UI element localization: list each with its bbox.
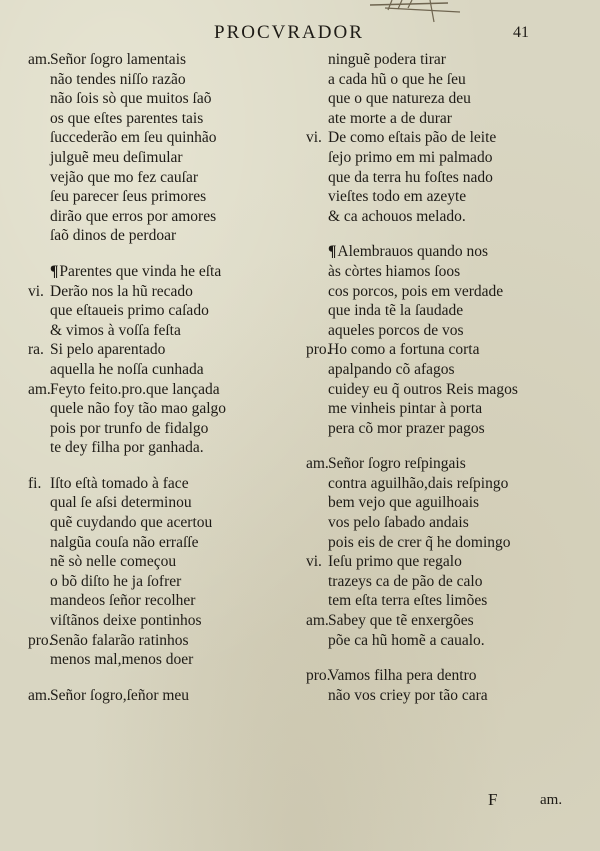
verse-text: que o que natureza deu [328, 89, 471, 109]
verse-text: a cada hũ o que he ſeu [328, 70, 466, 90]
verse-line: me vinheis pintar à porta [306, 399, 596, 419]
verse-line-text: te dey filha por ganhada. [50, 439, 204, 456]
verse-text: qual ſe aſsi determinou [50, 493, 192, 513]
verse-text: trazeys ca de pão de calo [328, 572, 482, 592]
verse-line-text: Vamos filha pera dentro [328, 667, 477, 684]
verse-line: viſtãnos deixe pontinhos [28, 611, 298, 631]
book-page: PROCVRADOR 41 am.Señor ſogro lamentaisnã… [0, 0, 600, 851]
verse-line-text: não ſois sò que muitos ſaõ [50, 90, 211, 107]
verse-line: ra.Si pelo aparentado [28, 340, 298, 360]
verse-line-text: pera cõ mor prazer pagos [328, 420, 485, 437]
verse-line: nalgũa couſa não erraſſe [28, 533, 298, 553]
verse-line-text: quẽ cuydando que acertou [50, 514, 212, 531]
verse-line: não tendes niſſo razão [28, 70, 298, 90]
verse-line: põe ca hũ homẽ a caualo. [306, 631, 596, 651]
verse-line-text: trazeys ca de pão de calo [328, 573, 482, 590]
page-header: PROCVRADOR 41 [0, 22, 600, 46]
speaker-label: pro. [28, 631, 53, 651]
verse-line-text: vos pelo ſabado andais [328, 514, 469, 531]
speaker-label: vi. [28, 282, 44, 302]
verse-line: am.Feyto feito.pro.que lançada [28, 380, 298, 400]
verse-line: bem vejo que aguilhoais [306, 493, 596, 513]
verse-line-text: não vos criey por tão cara [328, 687, 488, 704]
verse-line: vos pelo ſabado andais [306, 513, 596, 533]
verse-line-text: que da terra hu foſtes nado [328, 169, 493, 186]
verse-text: Derão nos la hũ recado [50, 282, 193, 302]
verse-line: dirão que erros por amores [28, 207, 298, 227]
speaker-label: pro. [306, 340, 331, 360]
right-text-column: ninguẽ podera tirara cada hũ o que he ſe… [306, 50, 596, 721]
verse-line: que eſtaueis primo caſado [28, 301, 298, 321]
verse-line: julguẽ meu deſimular [28, 148, 298, 168]
verse-line-text: contra aguilhão,dais reſpingo [328, 475, 508, 492]
verse-line: ninguẽ podera tirar [306, 50, 596, 70]
verse-line-text: me vinheis pintar à porta [328, 400, 482, 417]
verse-line: am.Señor ſogro,ſeñor meu [28, 686, 298, 706]
verse-text: aquella he noſſa cunhada [50, 360, 204, 380]
verse-line: vi.Derão nos la hũ recado [28, 282, 298, 302]
verse-text: o bõ diſto he ja ſofrer [50, 572, 181, 592]
verse-line-text: cuidey eu q̃ outros Reis magos [328, 381, 518, 398]
verse-text: cuidey eu q̃ outros Reis magos [328, 380, 518, 400]
verse-line-text: mandeos ſeñor recolher [50, 592, 195, 609]
verse-line-text: Si pelo aparentado [50, 341, 165, 358]
verse-line-text: Señor ſogro lamentais [50, 51, 186, 68]
verse-stanza: ¶Parentes que vinda he eſtavi.Derão nos … [28, 262, 298, 458]
verse-stanza: ¶Alembrauos quando nosàs còrtes hiamos ſ… [306, 242, 596, 438]
verse-text: cos porcos, pois em verdade [328, 282, 503, 302]
verse-line-text: apalpando cõ afagos [328, 361, 455, 378]
verse-line: vi.De como eſtais pão de leite [306, 128, 596, 148]
verse-line-text: pois eis de crer q̃ he domingo [328, 534, 511, 551]
verse-line: os que eſtes parentes tais [28, 109, 298, 129]
verse-line-text: viſtãnos deixe pontinhos [50, 612, 202, 629]
verse-line: pro.Senão falarão ratinhos [28, 631, 298, 651]
verse-line-text: Alembrauos quando nos [337, 243, 488, 260]
verse-text: dirão que erros por amores [50, 207, 216, 227]
verse-text: que eſtaueis primo caſado [50, 301, 209, 321]
verse-stanza: fi.Iſto eſtà tomado à facequal ſe aſsi d… [28, 474, 298, 670]
verse-line: ſejo primo em mi palmado [306, 148, 596, 168]
speaker-label: ra. [28, 340, 44, 360]
verse-text: Iſto eſtà tomado à face [50, 474, 189, 494]
verse-line-text: & ca achouos melado. [328, 208, 466, 225]
verse-text: ſaõ dinos de perdoar [50, 226, 176, 246]
verse-line: menos mal,menos doer [28, 650, 298, 670]
verse-text: nalgũa couſa não erraſſe [50, 533, 198, 553]
catchword: am. [540, 792, 562, 809]
verse-line: cos porcos, pois em verdade [306, 282, 596, 302]
verse-text: pera cõ mor prazer pagos [328, 419, 485, 439]
verse-line: ¶Parentes que vinda he eſta [28, 262, 298, 282]
verse-text: ſuccederão em ſeu quinhão [50, 128, 217, 148]
verse-stanza: pro.Vamos filha pera dentronão vos criey… [306, 666, 596, 705]
verse-line-text: os que eſtes parentes tais [50, 110, 203, 127]
verse-line-text: põe ca hũ homẽ a caualo. [328, 632, 485, 649]
verse-text: quele não foy tão mao galgo [50, 399, 226, 419]
verse-text: Señor ſogro lamentais [50, 50, 186, 70]
verse-line: vieſtes todo em azeyte [306, 187, 596, 207]
verse-line: pois eis de crer q̃ he domingo [306, 533, 596, 553]
speaker-label: fi. [28, 474, 41, 494]
verse-text: nẽ sò nelle começou [50, 552, 176, 572]
verse-line: ſaõ dinos de perdoar [28, 226, 298, 246]
verse-text: não ſois sò que muitos ſaõ [50, 89, 211, 109]
verse-line-text: cos porcos, pois em verdade [328, 283, 503, 300]
verse-text: vieſtes todo em azeyte [328, 187, 466, 207]
verse-stanza: am.Señor ſogro,ſeñor meu [28, 686, 298, 706]
speaker-label: am. [28, 686, 51, 706]
left-text-column: am.Señor ſogro lamentaisnão tendes niſſo… [28, 50, 298, 721]
verse-line: às còrtes hiamos ſoos [306, 262, 596, 282]
verse-line-text: Parentes que vinda he eſta [59, 263, 221, 280]
verse-text: julguẽ meu deſimular [50, 148, 183, 168]
verse-line: & vimos à voſſa feſta [28, 321, 298, 341]
verse-text: ate morte a de durar [328, 109, 452, 129]
verse-text: Feyto feito.pro.que lançada [50, 380, 220, 400]
speaker-label: vi. [306, 128, 322, 148]
verse-line-text: julguẽ meu deſimular [50, 149, 183, 166]
verse-line: tem eſta terra eſtes limões [306, 591, 596, 611]
verse-text: Ieſu primo que regalo [328, 552, 462, 572]
verse-line-text: ſaõ dinos de perdoar [50, 227, 176, 244]
verse-text: menos mal,menos doer [50, 650, 193, 670]
verse-line: pro.Ho como a fortuna corta [306, 340, 596, 360]
verse-line-text: Feyto feito.pro.que lançada [50, 381, 220, 398]
verse-text: Si pelo aparentado [50, 340, 165, 360]
verse-line: trazeys ca de pão de calo [306, 572, 596, 592]
verse-line: am.Señor ſogro lamentais [28, 50, 298, 70]
verse-line-text: qual ſe aſsi determinou [50, 494, 192, 511]
verse-text: põe ca hũ homẽ a caualo. [328, 631, 485, 651]
verse-line: ate morte a de durar [306, 109, 596, 129]
verse-line-text: Iſto eſtà tomado à face [50, 475, 189, 492]
verse-line-text: que inda tẽ la ſaudade [328, 302, 463, 319]
verse-line: mandeos ſeñor recolher [28, 591, 298, 611]
verse-stanza: am.Señor ſogro reſpingaiscontra aguilhão… [306, 454, 596, 650]
verse-line: fi.Iſto eſtà tomado à face [28, 474, 298, 494]
verse-text: ſeu parecer ſeus primores [50, 187, 206, 207]
verse-line: apalpando cõ afagos [306, 360, 596, 380]
verse-line: quẽ cuydando que acertou [28, 513, 298, 533]
verse-text: ninguẽ podera tirar [328, 50, 446, 70]
verse-text: não vos criey por tão cara [328, 686, 488, 706]
verse-line-text: ate morte a de durar [328, 110, 452, 127]
verse-line: ¶Alembrauos quando nos [306, 242, 596, 262]
verse-text: Vamos filha pera dentro [328, 666, 477, 686]
verse-line-text: De como eſtais pão de leite [328, 129, 496, 146]
verse-text: vos pelo ſabado andais [328, 513, 469, 533]
running-title: PROCVRADOR [214, 22, 364, 44]
verse-line: contra aguilhão,dais reſpingo [306, 474, 596, 494]
verse-line-text: ſuccederão em ſeu quinhão [50, 129, 217, 146]
verse-line-text: ninguẽ podera tirar [328, 51, 446, 68]
speaker-label: pro. [306, 666, 331, 686]
verse-line-text: Señor ſogro reſpingais [328, 455, 466, 472]
verse-text: tem eſta terra eſtes limões [328, 591, 487, 611]
verse-line: pera cõ mor prazer pagos [306, 419, 596, 439]
verse-line-text: Sabey que tẽ enxergões [328, 612, 474, 629]
verse-line: am.Señor ſogro reſpingais [306, 454, 596, 474]
verse-text: bem vejo que aguilhoais [328, 493, 479, 513]
verse-text: Señor ſogro reſpingais [328, 454, 466, 474]
verse-text: De como eſtais pão de leite [328, 128, 496, 148]
verse-line-text: aqueles porcos de vos [328, 322, 464, 339]
verse-line-text: que eſtaueis primo caſado [50, 302, 209, 319]
verse-text: Ho como a fortuna corta [328, 340, 480, 360]
verse-text: & ca achouos melado. [328, 207, 466, 227]
verse-text: Señor ſogro,ſeñor meu [50, 686, 189, 706]
verse-text: mandeos ſeñor recolher [50, 591, 195, 611]
verse-line-text: nalgũa couſa não erraſſe [50, 534, 198, 551]
verse-text: contra aguilhão,dais reſpingo [328, 474, 508, 494]
verse-line: am.Sabey que tẽ enxergões [306, 611, 596, 631]
verse-line: aqueles porcos de vos [306, 321, 596, 341]
verse-line: o bõ diſto he ja ſofrer [28, 572, 298, 592]
verse-line-text: aquella he noſſa cunhada [50, 361, 204, 378]
verse-line: que inda tẽ la ſaudade [306, 301, 596, 321]
verse-line-text: nẽ sò nelle começou [50, 553, 176, 570]
verse-line-text: Ho como a fortuna corta [328, 341, 480, 358]
verse-line: cuidey eu q̃ outros Reis magos [306, 380, 596, 400]
verse-text: vejão que mo fez cauſar [50, 168, 198, 188]
verse-text: pois eis de crer q̃ he domingo [328, 533, 511, 553]
verse-line-text: pois por trunfo de fidalgo [50, 420, 208, 437]
verse-line: vi.Ieſu primo que regalo [306, 552, 596, 572]
pilcrow-icon: ¶ [328, 243, 336, 260]
verse-line-text: não tendes niſſo razão [50, 71, 186, 88]
verse-line-text: Derão nos la hũ recado [50, 283, 193, 300]
verse-line: ſeu parecer ſeus primores [28, 187, 298, 207]
verse-text: Sabey que tẽ enxergões [328, 611, 474, 631]
verse-text: apalpando cõ afagos [328, 360, 455, 380]
verse-line-text: ſeu parecer ſeus primores [50, 188, 206, 205]
verse-text: ¶Parentes que vinda he eſta [50, 262, 221, 282]
verse-line: pois por trunfo de fidalgo [28, 419, 298, 439]
verse-line-text: bem vejo que aguilhoais [328, 494, 479, 511]
verse-text: os que eſtes parentes tais [50, 109, 203, 129]
verse-line-text: menos mal,menos doer [50, 651, 193, 668]
verse-line: te dey filha por ganhada. [28, 438, 298, 458]
speaker-label: am. [28, 50, 51, 70]
verse-text: me vinheis pintar à porta [328, 399, 482, 419]
signature-mark: F [488, 790, 497, 810]
verse-line: que da terra hu foſtes nado [306, 168, 596, 188]
verse-line-text: o bõ diſto he ja ſofrer [50, 573, 181, 590]
verse-text: não tendes niſſo razão [50, 70, 186, 90]
verse-text: que da terra hu foſtes nado [328, 168, 493, 188]
verse-text: pois por trunfo de fidalgo [50, 419, 208, 439]
verse-line-text: vejão que mo fez cauſar [50, 169, 198, 186]
verse-text: & vimos à voſſa feſta [50, 321, 181, 341]
speaker-label: am. [306, 454, 329, 474]
verse-text: ¶Alembrauos quando nos [328, 242, 488, 262]
verse-text: que inda tẽ la ſaudade [328, 301, 463, 321]
verse-text: Senão falarão ratinhos [50, 631, 189, 651]
verse-line-text: tem eſta terra eſtes limões [328, 592, 487, 609]
speaker-label: am. [28, 380, 51, 400]
verse-line: pro.Vamos filha pera dentro [306, 666, 596, 686]
verse-line: qual ſe aſsi determinou [28, 493, 298, 513]
verse-line: não vos criey por tão cara [306, 686, 596, 706]
verse-line: vejão que mo fez cauſar [28, 168, 298, 188]
pilcrow-icon: ¶ [50, 263, 58, 280]
speaker-label: am. [306, 611, 329, 631]
speaker-label: vi. [306, 552, 322, 572]
verse-line-text: quele não foy tão mao galgo [50, 400, 226, 417]
verse-text: quẽ cuydando que acertou [50, 513, 212, 533]
verse-line-text: Senão falarão ratinhos [50, 632, 189, 649]
verse-line-text: dirão que erros por amores [50, 208, 216, 225]
page-number: 41 [513, 24, 529, 42]
verse-stanza: ninguẽ podera tirara cada hũ o que he ſe… [306, 50, 596, 226]
verse-line-text: Señor ſogro,ſeñor meu [50, 687, 189, 704]
verse-line: nẽ sò nelle começou [28, 552, 298, 572]
verse-line-text: & vimos à voſſa feſta [50, 322, 181, 339]
verse-text: viſtãnos deixe pontinhos [50, 611, 202, 631]
verse-line: que o que natureza deu [306, 89, 596, 109]
verse-line-text: vieſtes todo em azeyte [328, 188, 466, 205]
verse-line-text: às còrtes hiamos ſoos [328, 263, 460, 280]
verse-line: a cada hũ o que he ſeu [306, 70, 596, 90]
verse-text: ſejo primo em mi palmado [328, 148, 492, 168]
verse-line: & ca achouos melado. [306, 207, 596, 227]
verse-text: te dey filha por ganhada. [50, 438, 204, 458]
verse-line: aquella he noſſa cunhada [28, 360, 298, 380]
verse-line: ſuccederão em ſeu quinhão [28, 128, 298, 148]
verse-line: quele não foy tão mao galgo [28, 399, 298, 419]
verse-stanza: am.Señor ſogro lamentaisnão tendes niſſo… [28, 50, 298, 246]
verse-text: aqueles porcos de vos [328, 321, 464, 341]
verse-line-text: a cada hũ o que he ſeu [328, 71, 466, 88]
verse-line-text: que o que natureza deu [328, 90, 471, 107]
verse-text: às còrtes hiamos ſoos [328, 262, 460, 282]
verse-line: não ſois sò que muitos ſaõ [28, 89, 298, 109]
verse-line-text: Ieſu primo que regalo [328, 553, 462, 570]
verse-line-text: ſejo primo em mi palmado [328, 149, 492, 166]
